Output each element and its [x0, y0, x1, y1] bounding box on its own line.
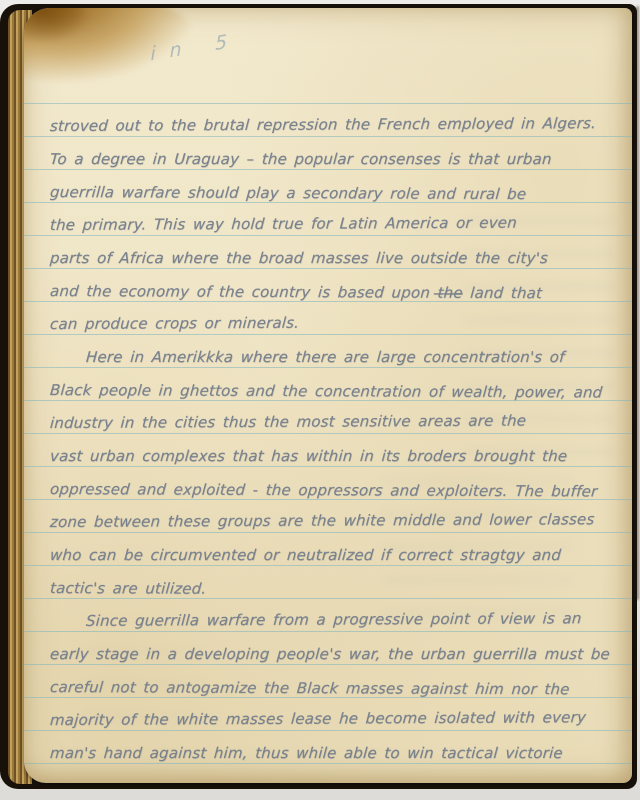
handwritten-line: man's hand against him, thus while able … — [50, 730, 626, 763]
handwritten-line: Here in Amerikkka where there are large … — [50, 334, 626, 367]
handwritten-line: majority of the white masses lease he be… — [50, 694, 626, 730]
handwritten-line: zone between these groups are the white … — [50, 496, 626, 532]
handwritten-line: industry in the cities thus the most sen… — [50, 397, 626, 433]
handwritten-line: stroved out to the brutal repression the… — [50, 100, 626, 136]
handwritten-line: To a degree in Uraguay – the popular con… — [50, 136, 626, 169]
handwritten-line: Since guerrilla warfare from a progressi… — [50, 595, 626, 631]
handwritten-line: early stage in a developing people's war… — [50, 631, 626, 664]
handwritten-line: the primary. This way hold true for Lati… — [50, 199, 626, 235]
handwritten-line: who can be circumvented or neutralized i… — [50, 532, 626, 565]
notebook-page: in 5 stroved out to the brutal repressio… — [24, 8, 632, 783]
handwriting: stroved out to the brutal repression the… — [50, 103, 626, 763]
scan-background: in 5 stroved out to the brutal repressio… — [0, 0, 640, 800]
handwritten-line: can produce crops or minerals. — [50, 298, 626, 334]
handwritten-line: parts of Africa where the broad masses l… — [50, 235, 626, 268]
handwritten-line: vast urban complexes that has within in … — [50, 433, 626, 466]
right-page-edge — [636, 6, 639, 600]
